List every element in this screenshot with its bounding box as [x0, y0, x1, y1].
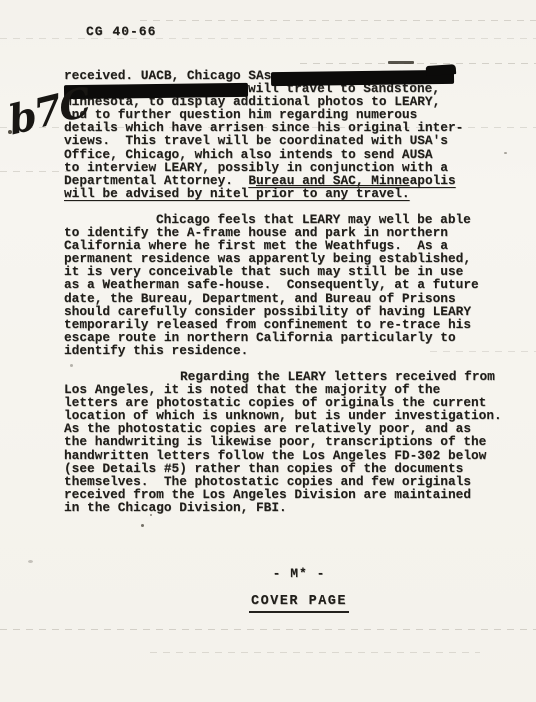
- text-segment: received. UACB, Chicago SAs: [64, 68, 271, 83]
- scan-artifact-line: [0, 38, 536, 39]
- cover-page-title: COVER PAGE: [249, 594, 349, 613]
- scan-artifact-line: [0, 171, 70, 172]
- document-file-number: CG 40-66: [86, 24, 156, 39]
- page-mark: - M* -: [64, 566, 534, 581]
- document-page: CG 40-66 b7C received. UACB, Chicago SAs…: [0, 0, 536, 702]
- paragraph: received. UACB, Chicago SAswill travel t…: [64, 69, 512, 200]
- document-body: received. UACB, Chicago SAswill travel t…: [64, 69, 512, 527]
- text-line: in the Chicago Division, FBI.: [64, 501, 512, 514]
- scan-artifact-line: [0, 629, 536, 630]
- scan-artifact-line: [150, 652, 480, 653]
- paragraph: Chicago feels that LEARY may well be abl…: [64, 213, 512, 357]
- text-segment: prior to any travel.: [256, 186, 410, 201]
- scan-artifact-dash: [388, 61, 414, 64]
- text-segment: in the Chicago Division, FBI.: [64, 500, 287, 515]
- text-line: received. UACB, Chicago SAs: [64, 69, 512, 82]
- redaction-bar: [64, 83, 248, 99]
- redaction-bar: [271, 70, 454, 86]
- scan-speck: [28, 560, 33, 563]
- text-line: identify this residence.: [64, 344, 512, 357]
- text-segment: identify this residence.: [64, 343, 248, 358]
- scan-artifact-line: [140, 20, 536, 21]
- document-footer: - M* - COVER PAGE: [64, 566, 534, 613]
- scan-artifact-line: [300, 63, 536, 64]
- text-segment: will be advised by nitel: [64, 186, 256, 201]
- text-line: will be advised by nitel prior to any tr…: [64, 187, 512, 200]
- paragraph: Regarding the LEARY letters received fro…: [64, 370, 512, 514]
